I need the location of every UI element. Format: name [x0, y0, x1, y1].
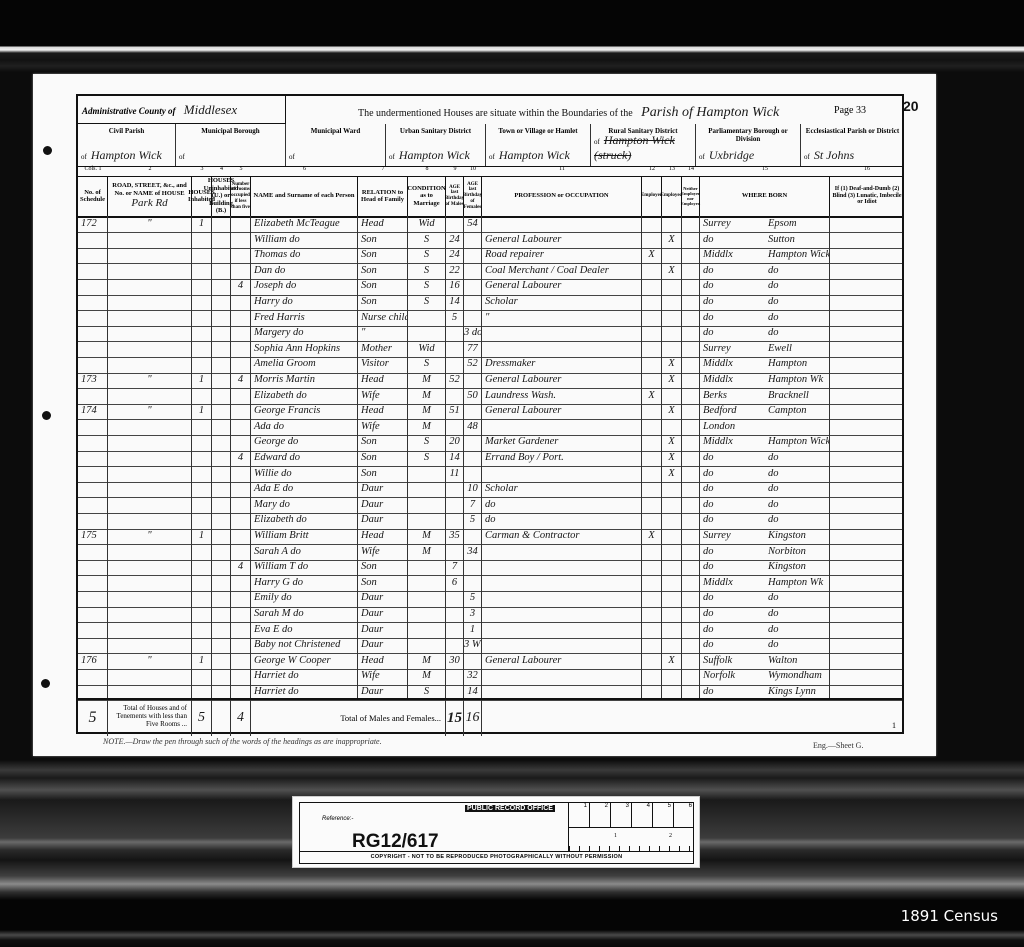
- cell-employer: [642, 310, 662, 326]
- cell-uninhabited: [212, 575, 231, 591]
- cell-schedule: [78, 388, 108, 404]
- cell-born-county: do: [700, 310, 765, 326]
- cell-inhabited: [192, 590, 212, 606]
- cell-name: Ada E do: [251, 481, 358, 497]
- col-header-schedule: No. of Schedule: [78, 176, 108, 216]
- cell-condition: [408, 310, 446, 326]
- cell-condition: S: [408, 232, 446, 248]
- cell-employed: [662, 559, 682, 575]
- cell-inhabited: [192, 637, 212, 653]
- cell-employed: [662, 528, 682, 544]
- cell-relation: Son: [358, 434, 408, 450]
- cell-condition: Wid: [408, 216, 446, 232]
- cell-rooms: [231, 419, 251, 435]
- header-field-town-village: Town or Village or Hamlet ofHampton Wick: [486, 124, 591, 166]
- cell-occupation: General Labourer: [482, 232, 642, 248]
- cell-infirmity: [830, 325, 904, 341]
- cell-inhabited: [192, 450, 212, 466]
- cell-rooms: [231, 356, 251, 372]
- cell-infirmity: [830, 466, 904, 482]
- cell-uninhabited: [212, 559, 231, 575]
- cell-neither: [682, 544, 700, 560]
- cell-occupation: do: [482, 512, 642, 528]
- cell-employer: [642, 559, 662, 575]
- cell-neither: [682, 325, 700, 341]
- cell-name: Eva E do: [251, 622, 358, 638]
- cell-age-m: 6: [446, 575, 464, 591]
- cell-inhabited: [192, 356, 212, 372]
- cell-age-m: [446, 512, 464, 528]
- cell-condition: [408, 559, 446, 575]
- cell-inhabited: [192, 310, 212, 326]
- cell-schedule: [78, 668, 108, 684]
- admin-county-value: Middlesex: [184, 102, 237, 117]
- cell-neither: [682, 450, 700, 466]
- cell-employed: [662, 590, 682, 606]
- cell-name: William T do: [251, 559, 358, 575]
- field-label: Ecclesiastical Parish or District: [801, 127, 904, 135]
- scale-mark: 3: [611, 803, 632, 827]
- cell-relation: ": [358, 325, 408, 341]
- cell-born-place: do: [765, 294, 830, 310]
- cell-condition: M: [408, 668, 446, 684]
- cell-condition: S: [408, 294, 446, 310]
- col-num: 4: [212, 166, 231, 172]
- cell-infirmity: [830, 356, 904, 372]
- cell-employed: [662, 310, 682, 326]
- cell-inhabited: [192, 294, 212, 310]
- cell-employer: [642, 341, 662, 357]
- cell-neither: [682, 356, 700, 372]
- cell-road: [108, 544, 192, 560]
- column-headers: No. of Schedule ROAD, STREET, &c., and N…: [78, 176, 902, 218]
- cell-inhabited: [192, 325, 212, 341]
- cell-inhabited: 1: [192, 653, 212, 669]
- cell-rooms: [231, 637, 251, 653]
- cell-occupation: [482, 606, 642, 622]
- cell-rooms: [231, 403, 251, 419]
- cell-born-place: Sutton: [765, 232, 830, 248]
- cell-inhabited: [192, 434, 212, 450]
- cell-schedule: [78, 466, 108, 482]
- cell-rooms: [231, 216, 251, 232]
- cell-name: Amelia Groom: [251, 356, 358, 372]
- cell-name: Elizabeth do: [251, 388, 358, 404]
- total-inhabited: 5: [192, 700, 212, 736]
- cell-infirmity: [830, 559, 904, 575]
- table-row: 4Joseph doSonS16General Labourerdodo: [78, 278, 902, 295]
- cell-age-f: 32: [464, 668, 482, 684]
- public-record-office-label: PUBLIC RECORD OFFICE: [465, 805, 555, 812]
- cell-rooms: [231, 606, 251, 622]
- col-num: 14: [682, 166, 700, 172]
- cell-employer: [642, 434, 662, 450]
- cell-uninhabited: [212, 544, 231, 560]
- cell-road: [108, 668, 192, 684]
- cell-uninhabited: [212, 232, 231, 248]
- cell-condition: M: [408, 528, 446, 544]
- cell-infirmity: [830, 232, 904, 248]
- cell-rooms: [231, 434, 251, 450]
- cell-employer: X: [642, 388, 662, 404]
- cell-schedule: 173: [78, 372, 108, 388]
- cell-born-county: do: [700, 263, 765, 279]
- cell-infirmity: [830, 497, 904, 513]
- cell-age-f: [464, 466, 482, 482]
- scale-mark: 1: [569, 803, 590, 827]
- cell-employer: [642, 325, 662, 341]
- cell-inhabited: [192, 622, 212, 638]
- header-field-municipal-ward: Municipal Ward of: [286, 124, 386, 166]
- cell-occupation: ": [482, 310, 642, 326]
- cell-infirmity: [830, 606, 904, 622]
- cell-neither: [682, 310, 700, 326]
- page-number: Page 33: [834, 105, 866, 116]
- cell-employed: [662, 278, 682, 294]
- cell-occupation: Errand Boy / Port.: [482, 450, 642, 466]
- cell-occupation: General Labourer: [482, 278, 642, 294]
- scale-mark: 4: [632, 803, 653, 827]
- cell-neither: [682, 466, 700, 482]
- cell-occupation: Laundress Wash.: [482, 388, 642, 404]
- cell-employer: [642, 278, 662, 294]
- col-header-rooms: Number of rooms occupied if less than fi…: [231, 176, 251, 216]
- cell-occupation: Market Gardener: [482, 434, 642, 450]
- field-value: Uxbridge: [709, 148, 754, 162]
- cell-age-f: 10: [464, 481, 482, 497]
- cell-born-place: Ewell: [765, 341, 830, 357]
- cell-name: William Britt: [251, 528, 358, 544]
- cell-age-f: [464, 559, 482, 575]
- cell-born-place: do: [765, 310, 830, 326]
- cell-age-f: [464, 434, 482, 450]
- cell-uninhabited: [212, 325, 231, 341]
- cell-name: Elizabeth McTeague: [251, 216, 358, 232]
- reference-number: RG12/617: [352, 831, 439, 853]
- cell-born-place: Campton: [765, 403, 830, 419]
- cell-inhabited: [192, 497, 212, 513]
- cell-rooms: 4: [231, 450, 251, 466]
- cell-road: [108, 606, 192, 622]
- cell-rooms: [231, 497, 251, 513]
- census-sheet: 20 Administrative County of Middlesex Th…: [33, 74, 936, 756]
- cell-employed: X: [662, 434, 682, 450]
- totals-row: 5 Total of Houses and of Tenements with …: [78, 698, 902, 736]
- cell-name: Joseph do: [251, 278, 358, 294]
- table-row: Baby not ChristenedDaur3 Wksdodo: [78, 637, 902, 654]
- col-num: 2: [108, 166, 192, 172]
- cell-neither: [682, 434, 700, 450]
- administrative-county: Administrative County of Middlesex: [78, 96, 286, 124]
- cell-infirmity: [830, 434, 904, 450]
- cell-relation: Son: [358, 232, 408, 248]
- cell-born-place: Hampton Wick: [765, 247, 830, 263]
- cell-occupation: General Labourer: [482, 653, 642, 669]
- cell-infirmity: [830, 294, 904, 310]
- cell-uninhabited: [212, 497, 231, 513]
- cell-road: [108, 637, 192, 653]
- cell-born-county: Norfolk: [700, 668, 765, 684]
- cell-age-m: 24: [446, 232, 464, 248]
- col-header-infirmity: If (1) Deaf-and-Dumb (2) Blind (3) Lunat…: [830, 176, 904, 216]
- cell-name: Harry G do: [251, 575, 358, 591]
- cell-age-f: [464, 403, 482, 419]
- cell-infirmity: [830, 653, 904, 669]
- cell-neither: [682, 216, 700, 232]
- cell-employed: [662, 388, 682, 404]
- cell-rooms: [231, 575, 251, 591]
- field-label: Parliamentary Borough or Division: [696, 127, 800, 143]
- cell-born-place: do: [765, 497, 830, 513]
- cell-age-f: [464, 575, 482, 591]
- cell-neither: [682, 559, 700, 575]
- cell-age-m: [446, 622, 464, 638]
- cell-employer: X: [642, 528, 662, 544]
- cell-employed: [662, 575, 682, 591]
- cell-age-f: [464, 528, 482, 544]
- cell-uninhabited: [212, 450, 231, 466]
- cell-born-place: Walton: [765, 653, 830, 669]
- cell-employed: [662, 668, 682, 684]
- total-females: 16: [464, 700, 482, 736]
- table-row: Emily doDaur5dodo: [78, 590, 902, 607]
- cell-relation: Daur: [358, 606, 408, 622]
- cell-employed: X: [662, 653, 682, 669]
- cell-employer: [642, 232, 662, 248]
- cell-road: [108, 247, 192, 263]
- cell-age-f: [464, 232, 482, 248]
- cell-relation: Son: [358, 294, 408, 310]
- cell-born-place: Hampton Wk: [765, 372, 830, 388]
- cell-age-f: 54: [464, 216, 482, 232]
- cell-employer: [642, 637, 662, 653]
- cell-uninhabited: [212, 263, 231, 279]
- cell-relation: Son: [358, 450, 408, 466]
- cell-infirmity: [830, 247, 904, 263]
- cell-inhabited: [192, 575, 212, 591]
- cell-born-place: do: [765, 590, 830, 606]
- total-persons-label: Total of Males and Females...: [251, 700, 446, 736]
- cell-uninhabited: [212, 356, 231, 372]
- cell-born-county: do: [700, 232, 765, 248]
- total-uninhabited: [212, 700, 231, 736]
- field-value: Hampton Wick: [91, 148, 162, 162]
- cell-uninhabited: [212, 341, 231, 357]
- admin-county-label: Administrative County of: [82, 106, 176, 116]
- cell-born-county: do: [700, 622, 765, 638]
- cell-age-f: [464, 247, 482, 263]
- cell-rooms: [231, 232, 251, 248]
- cell-inhabited: 1: [192, 528, 212, 544]
- cell-born-county: Berks: [700, 388, 765, 404]
- cell-rooms: [231, 528, 251, 544]
- cell-neither: [682, 388, 700, 404]
- cell-rooms: [231, 247, 251, 263]
- cell-uninhabited: [212, 434, 231, 450]
- cell-relation: Head: [358, 528, 408, 544]
- cell-born-place: Bracknell: [765, 388, 830, 404]
- cell-name: Thomas do: [251, 247, 358, 263]
- cell-born-place: do: [765, 512, 830, 528]
- cell-name: Emily do: [251, 590, 358, 606]
- cell-born-place: Kingston: [765, 528, 830, 544]
- cell-schedule: [78, 544, 108, 560]
- cell-road: [108, 512, 192, 528]
- cell-born-county: do: [700, 481, 765, 497]
- cell-road: [108, 310, 192, 326]
- cell-road: ": [108, 653, 192, 669]
- cell-born-place: do: [765, 466, 830, 482]
- cell-age-f: 5: [464, 590, 482, 606]
- cell-occupation: Dressmaker: [482, 356, 642, 372]
- cell-infirmity: [830, 388, 904, 404]
- cell-schedule: [78, 325, 108, 341]
- cell-employed: [662, 325, 682, 341]
- cell-infirmity: [830, 590, 904, 606]
- cell-name: Harry do: [251, 294, 358, 310]
- cell-born-county: Bedford: [700, 403, 765, 419]
- cell-road: [108, 232, 192, 248]
- cell-employer: [642, 294, 662, 310]
- cell-infirmity: [830, 372, 904, 388]
- cell-neither: [682, 653, 700, 669]
- cell-infirmity: [830, 419, 904, 435]
- cell-neither: [682, 497, 700, 513]
- cell-relation: Wife: [358, 419, 408, 435]
- cell-occupation: [482, 419, 642, 435]
- cell-rooms: [231, 294, 251, 310]
- boundaries-value: Parish of Hampton Wick: [641, 105, 779, 120]
- reference-label: Reference:-: [322, 816, 353, 822]
- cell-condition: M: [408, 419, 446, 435]
- cell-inhabited: [192, 466, 212, 482]
- cell-condition: [408, 325, 446, 341]
- field-label: Civil Parish: [78, 127, 175, 135]
- cell-relation: Daur: [358, 590, 408, 606]
- cell-neither: [682, 528, 700, 544]
- cell-employer: [642, 544, 662, 560]
- cell-age-m: 14: [446, 450, 464, 466]
- cell-neither: [682, 637, 700, 653]
- table-row: Thomas doSonS24Road repairerXMiddlxHampt…: [78, 247, 902, 264]
- cell-born-county: Surrey: [700, 216, 765, 232]
- cell-rooms: [231, 590, 251, 606]
- cell-born-county: Middlx: [700, 575, 765, 591]
- table-row: Harriet doWifeM32NorfolkWymondham: [78, 668, 902, 685]
- cell-age-m: 16: [446, 278, 464, 294]
- cell-schedule: [78, 278, 108, 294]
- cell-neither: [682, 232, 700, 248]
- cell-infirmity: [830, 622, 904, 638]
- cell-employer: [642, 419, 662, 435]
- punch-hole: [42, 411, 51, 420]
- cell-schedule: [78, 512, 108, 528]
- cell-uninhabited: [212, 310, 231, 326]
- cell-infirmity: [830, 216, 904, 232]
- cell-rooms: [231, 668, 251, 684]
- cell-condition: S: [408, 247, 446, 263]
- cell-occupation: [482, 575, 642, 591]
- cell-age-m: 5: [446, 310, 464, 326]
- col-num: 3: [192, 166, 212, 172]
- table-row: Amelia GroomVisitorS52DressmakerXMiddlxH…: [78, 356, 902, 373]
- col-header-road-label: ROAD, STREET, &c., and No. or NAME of HO…: [109, 182, 190, 197]
- cell-relation: Daur: [358, 512, 408, 528]
- cell-road: [108, 341, 192, 357]
- field-label: Municipal Ward: [286, 127, 385, 135]
- cell-age-f: [464, 310, 482, 326]
- cell-born-place: Norbiton: [765, 544, 830, 560]
- cell-inhabited: [192, 388, 212, 404]
- cell-infirmity: [830, 341, 904, 357]
- cell-name: Fred Harris: [251, 310, 358, 326]
- cell-occupation: [482, 622, 642, 638]
- header-field-municipal-borough: Municipal Borough of: [176, 124, 286, 166]
- cell-occupation: [482, 544, 642, 560]
- cell-rooms: [231, 481, 251, 497]
- field-label: Municipal Borough: [176, 127, 285, 135]
- cell-uninhabited: [212, 419, 231, 435]
- sheet-label: Eng.—Sheet G.: [813, 741, 863, 750]
- cell-road: [108, 263, 192, 279]
- table-row: 4William T doSon7doKingston: [78, 559, 902, 576]
- col-header-occupation: PROFESSION or OCCUPATION: [482, 176, 642, 216]
- cell-infirmity: [830, 668, 904, 684]
- cell-born-county: Surrey: [700, 341, 765, 357]
- cell-born-place: Hampton Wk: [765, 575, 830, 591]
- cell-uninhabited: [212, 466, 231, 482]
- cell-relation: Son: [358, 466, 408, 482]
- table-row: 174"1George FrancisHeadM51General Labour…: [78, 403, 902, 420]
- cell-condition: [408, 575, 446, 591]
- cell-age-m: 14: [446, 294, 464, 310]
- cell-uninhabited: [212, 247, 231, 263]
- cell-age-m: [446, 419, 464, 435]
- cell-age-f: 1: [464, 622, 482, 638]
- cell-condition: S: [408, 356, 446, 372]
- cell-born-county: Middlx: [700, 247, 765, 263]
- cell-infirmity: [830, 575, 904, 591]
- cell-schedule: 172: [78, 216, 108, 232]
- cell-employer: [642, 590, 662, 606]
- cell-uninhabited: [212, 637, 231, 653]
- cell-name: Sarah A do: [251, 544, 358, 560]
- cell-age-m: [446, 216, 464, 232]
- cell-employer: [642, 466, 662, 482]
- cell-schedule: [78, 294, 108, 310]
- cell-inhabited: 1: [192, 403, 212, 419]
- cell-born-place: do: [765, 481, 830, 497]
- cell-road: [108, 419, 192, 435]
- cell-occupation: [482, 325, 642, 341]
- cell-age-f: 48: [464, 419, 482, 435]
- cell-employed: [662, 341, 682, 357]
- cell-road: ": [108, 528, 192, 544]
- total-schedules: 5: [78, 700, 108, 736]
- cell-age-m: 24: [446, 247, 464, 263]
- cell-schedule: [78, 622, 108, 638]
- cell-road: [108, 559, 192, 575]
- cell-name: Morris Martin: [251, 372, 358, 388]
- cell-uninhabited: [212, 512, 231, 528]
- cell-age-m: [446, 356, 464, 372]
- cell-uninhabited: [212, 590, 231, 606]
- cell-road: [108, 325, 192, 341]
- cell-born-county: do: [700, 544, 765, 560]
- cell-rooms: [231, 622, 251, 638]
- col-num: 11: [482, 166, 642, 172]
- footer-note: NOTE.—Draw the pen through such of the w…: [103, 737, 382, 746]
